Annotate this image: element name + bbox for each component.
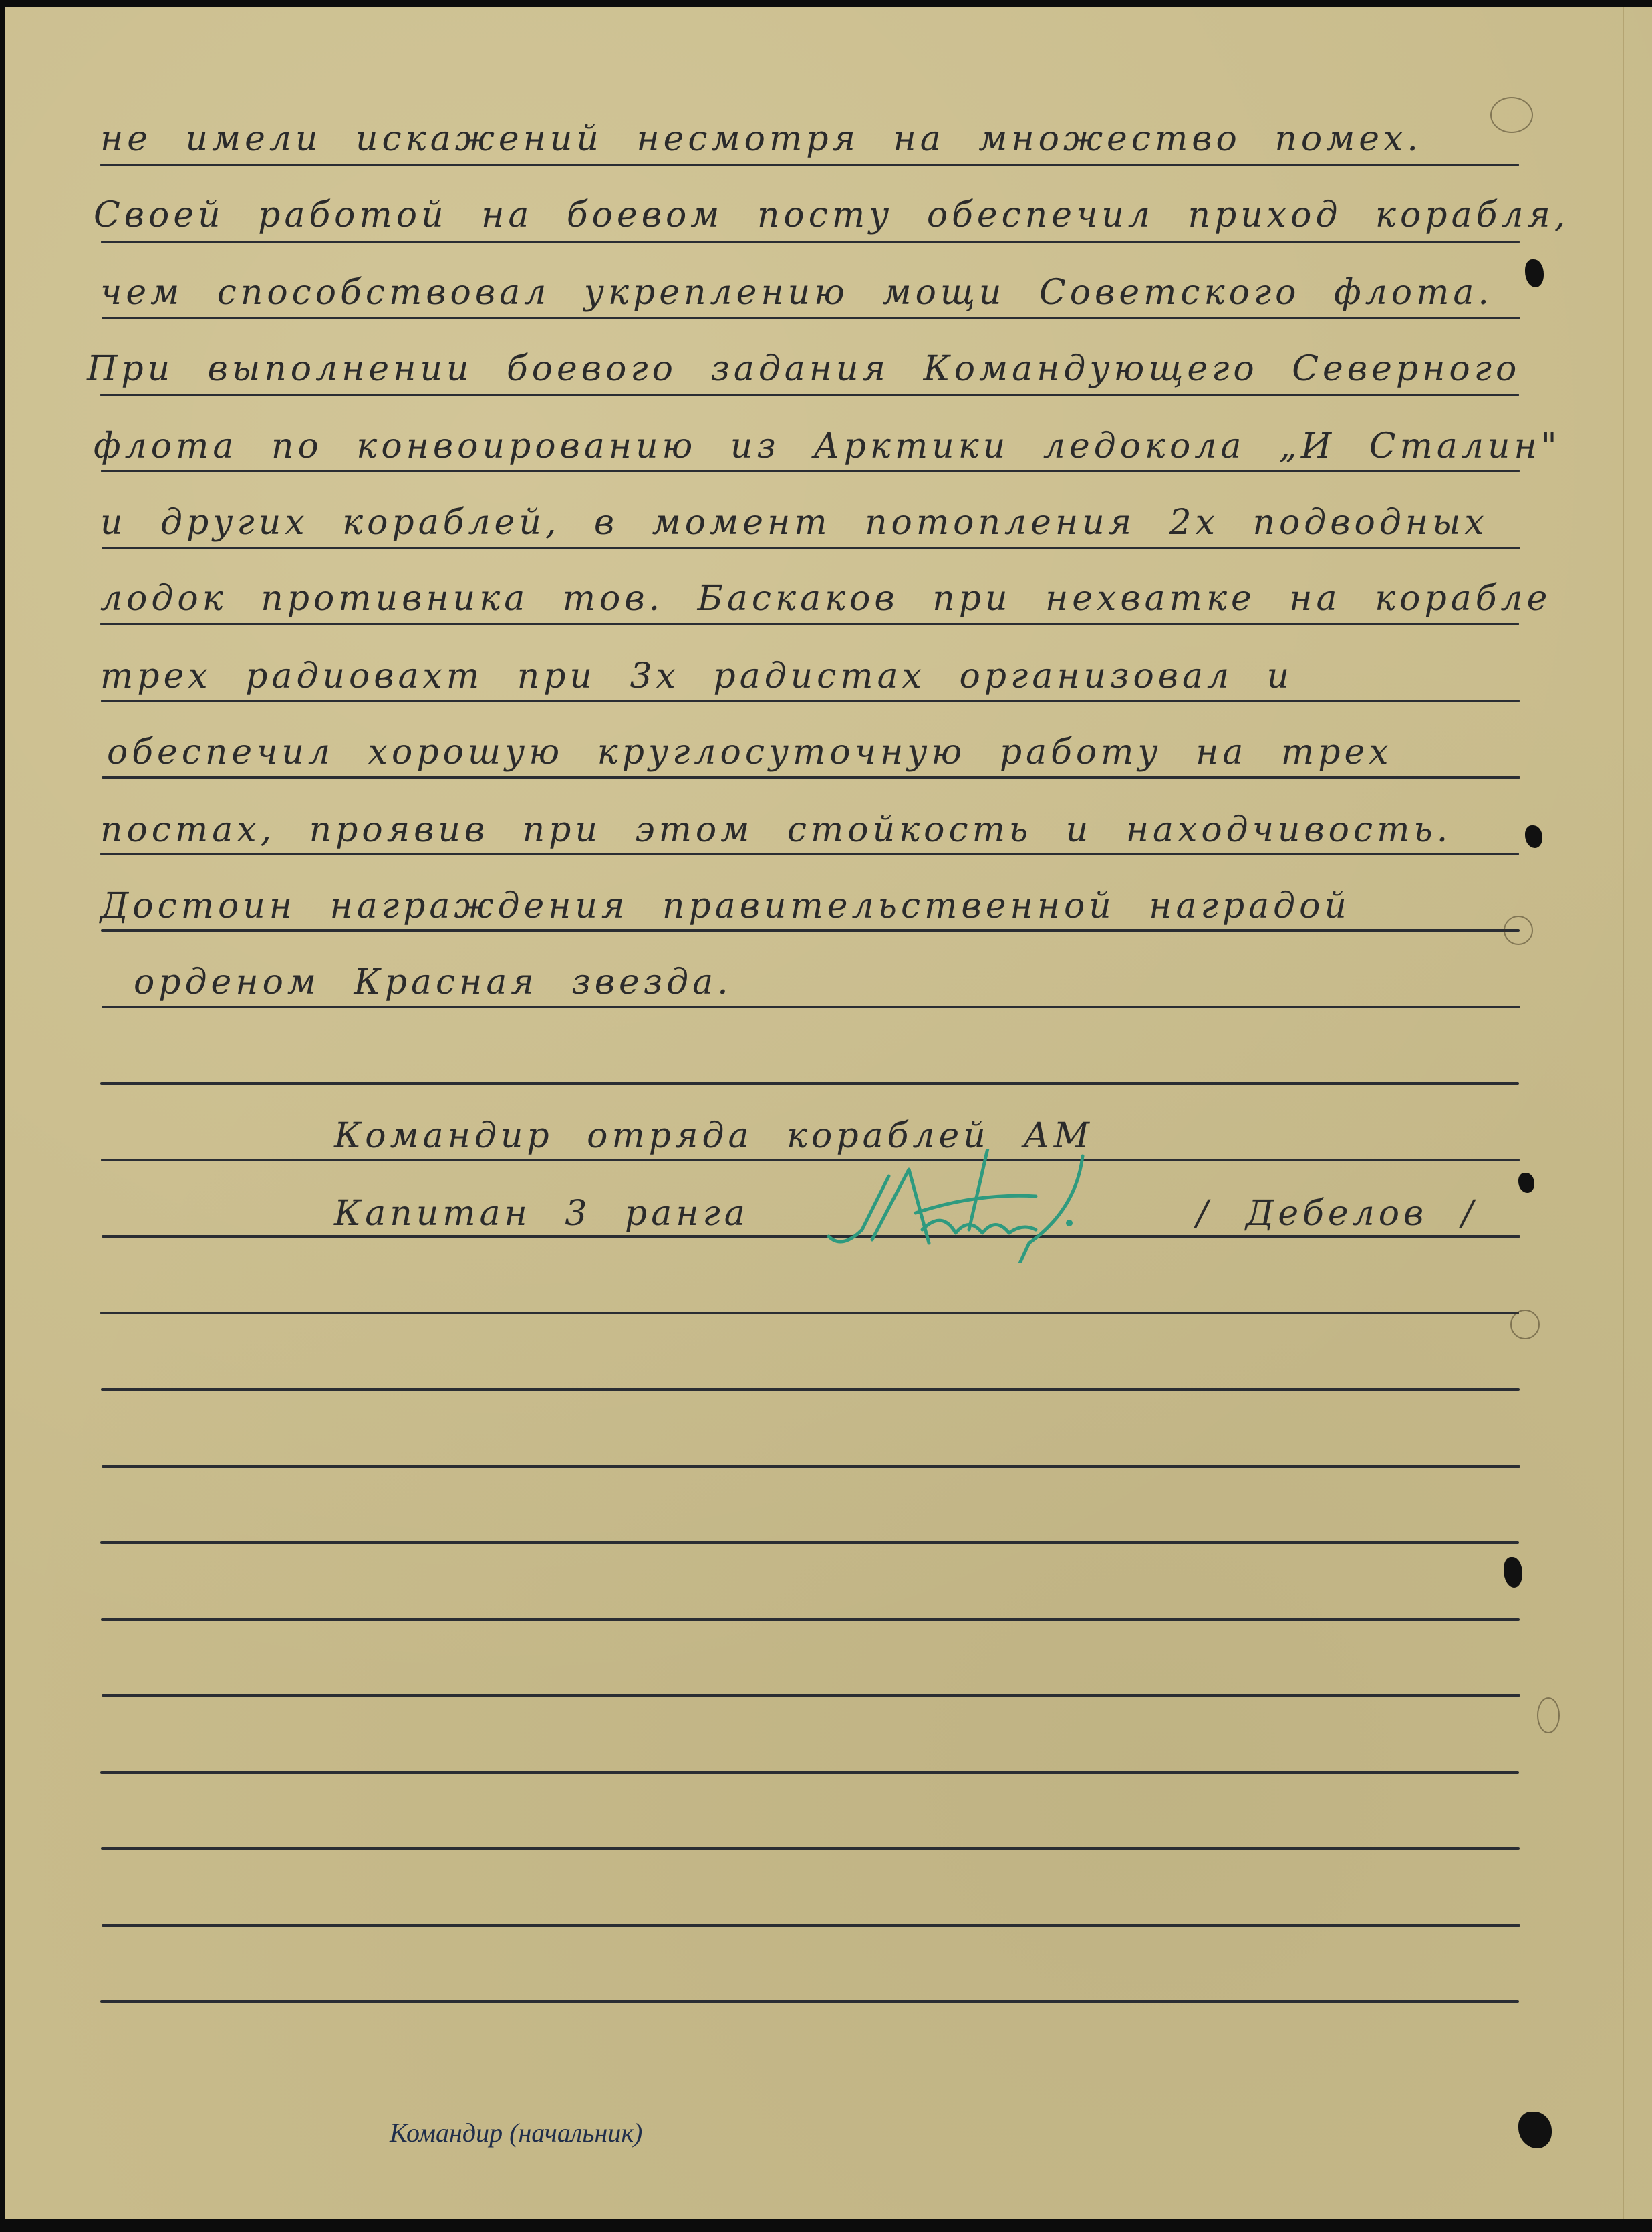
ruled-line [100,623,1519,625]
ruled-line [102,1006,1520,1008]
ruled-line [101,241,1520,243]
ruled-line [100,1541,1519,1544]
body-line-6: и других кораблей, в момент потопления 2… [100,503,1488,543]
ruled-line [100,1082,1519,1085]
ruled-line [101,470,1520,472]
ruled-line [100,394,1519,396]
paper-tear [1537,1697,1560,1733]
printed-caption-commander: Командир (начальник) [390,2117,642,2148]
punch-hole [1518,1173,1534,1193]
ruled-line [100,853,1519,855]
paper-tear [1490,97,1533,133]
punch-hole [1525,259,1544,287]
ruled-line [102,1235,1520,1238]
ruled-line [101,929,1520,932]
ruled-line [101,1159,1520,1161]
ruled-line [102,1465,1520,1468]
document-page [5,7,1652,2219]
ruled-line [101,1388,1520,1391]
ruled-line [100,2000,1519,2003]
ruled-line [102,317,1520,319]
paper-tear [1504,916,1533,945]
signer-name: / Дебелов / [1196,1194,1477,1234]
body-line-2: Своей работой на боевом посту обеспечил … [94,195,1569,235]
body-line-3: чем способствовал укреплению мощи Советс… [100,273,1493,313]
body-line-7: лодок противника тов. Баскаков при нехва… [100,579,1551,619]
signer-rank: Капитан 3 ранга [334,1194,749,1234]
ruled-line [100,1312,1519,1314]
ruled-line [102,776,1520,779]
body-line-8: трех радиовахт при 3х радистах организов… [100,656,1293,696]
punch-hole [1525,825,1542,848]
body-line-10: постах, проявив при этом стойкость и нах… [100,810,1452,850]
ruled-line [100,164,1519,166]
ruled-line [102,547,1520,549]
ruled-line [100,1771,1519,1774]
ruled-line [101,700,1520,702]
body-line-4: При выполнении боевого задания Командующ… [87,349,1520,389]
body-line-9: обеспечил хорошую круглосуточную работу … [107,732,1393,773]
page-fold [1623,7,1624,2219]
body-line-5: флота по конвоированию из Арктики ледоко… [94,426,1561,466]
ruled-line [102,1694,1520,1697]
ruled-line [101,1847,1520,1850]
ruled-line [101,1618,1520,1621]
handwritten-signature [815,1149,1096,1263]
body-line-11: Достоин награждения правительственной на… [100,886,1351,926]
body-line-1: не имели искажений несмотря на множество… [100,119,1422,159]
paper-tear [1510,1310,1540,1339]
body-line-12: орденом Красная звезда. [134,962,732,1002]
ruled-line [102,1924,1520,1927]
